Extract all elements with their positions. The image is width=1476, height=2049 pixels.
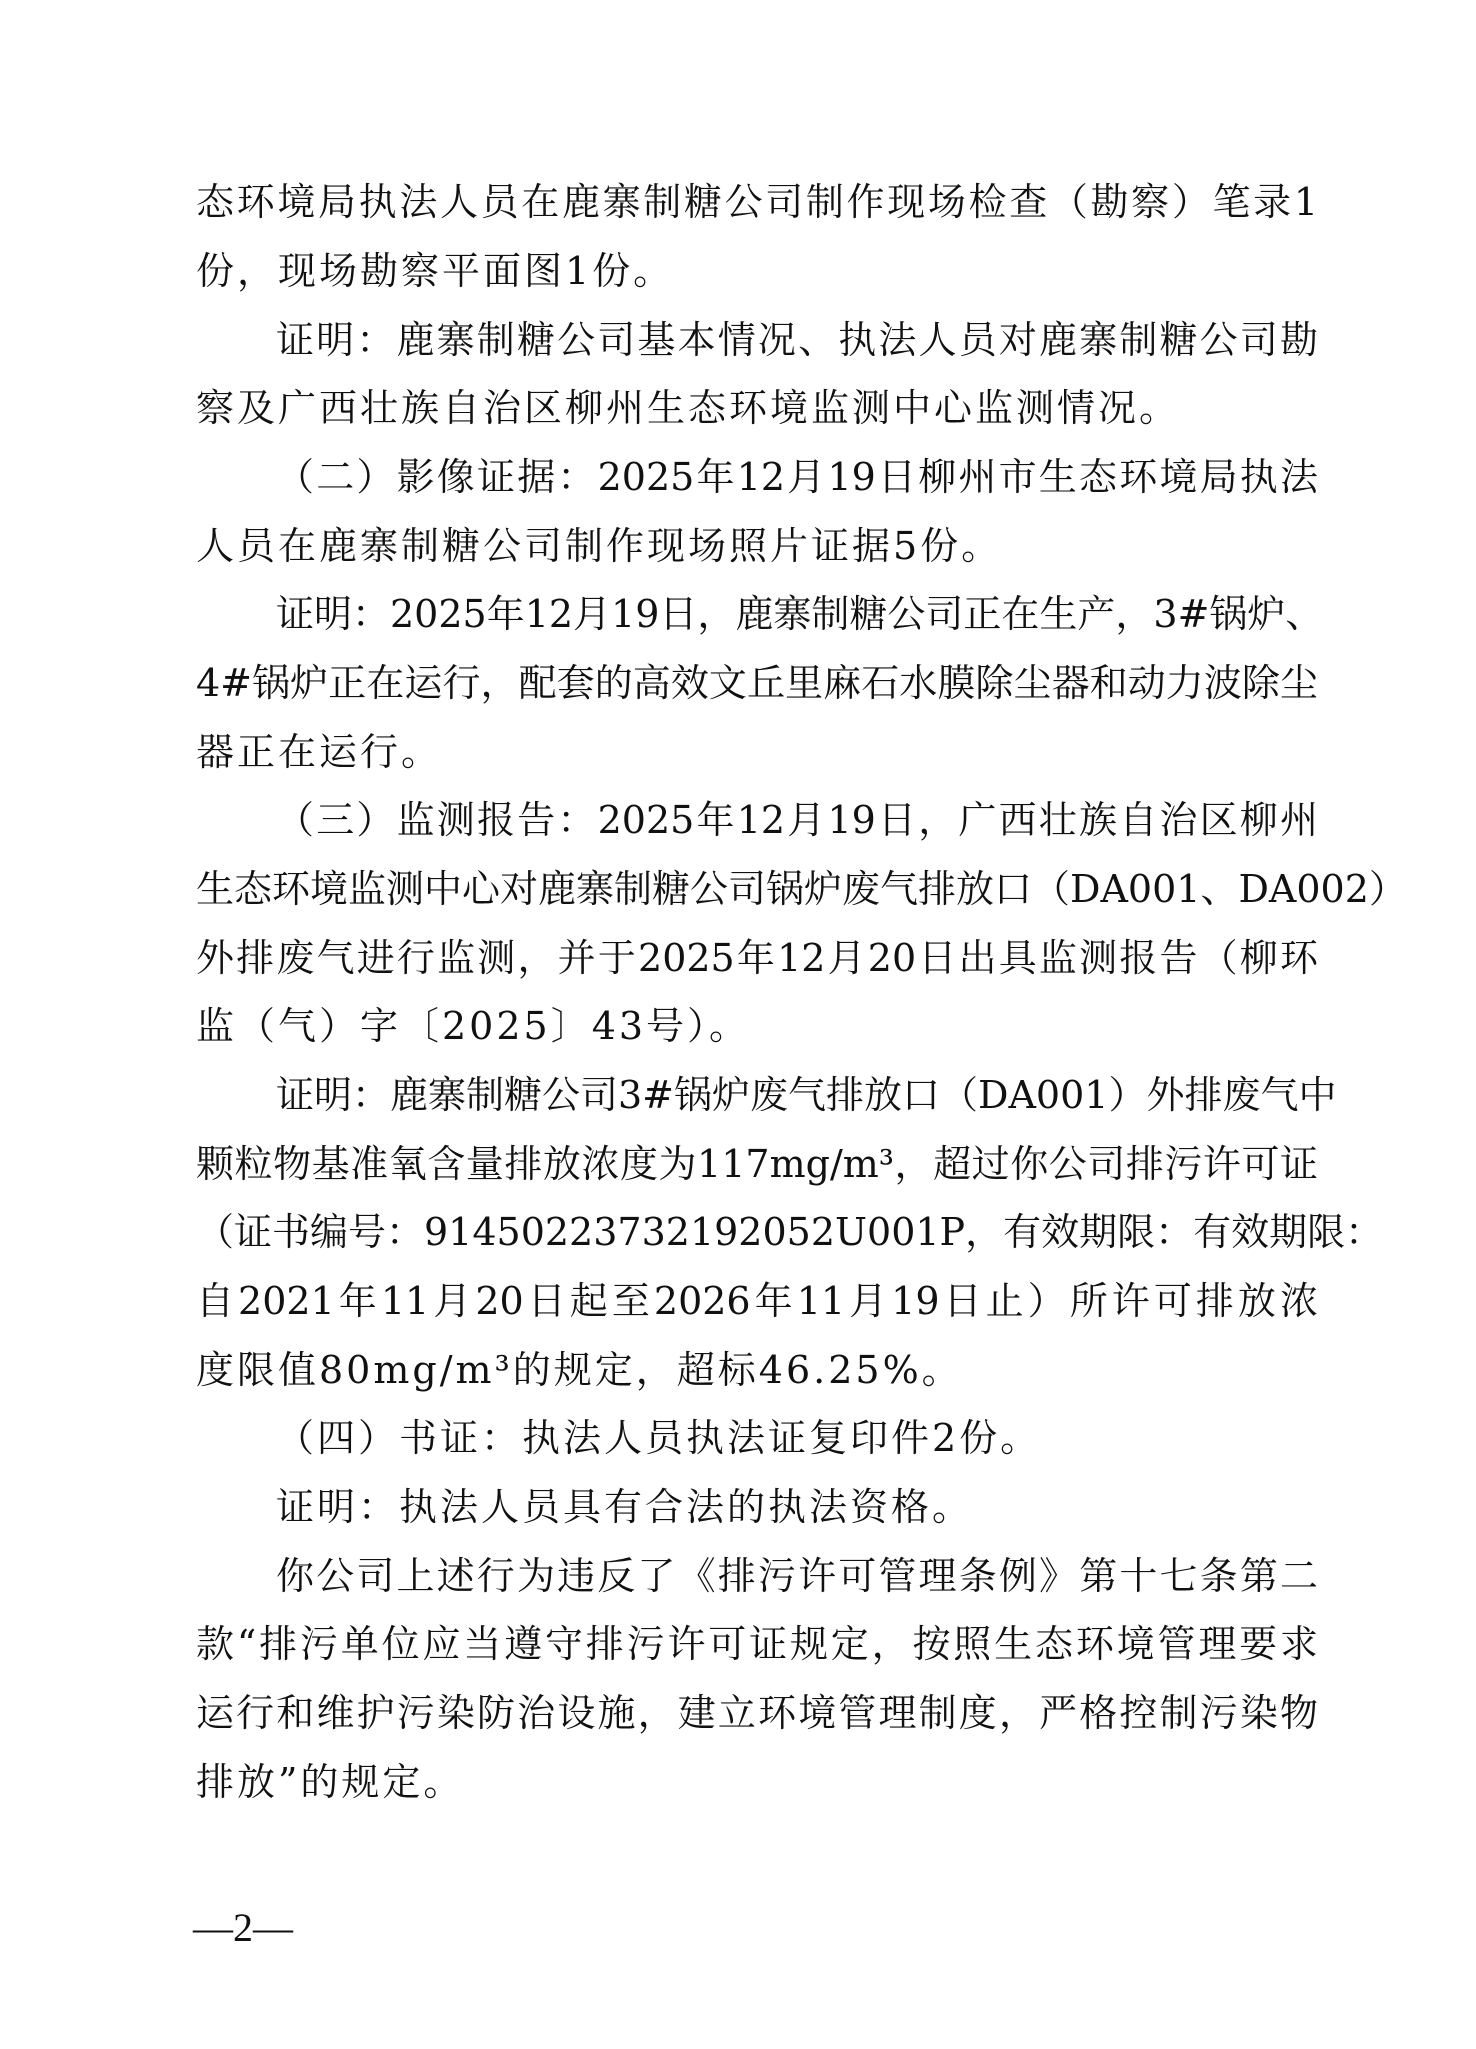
text-line: 察及广西壮族自治区柳州生态环境监测中心监测情况。 (196, 383, 1318, 433)
text-line: 生态环境监测中心对鹿寨制糖公司锅炉废气排放口（DA001、DA002） (196, 864, 1342, 914)
text-line: 款“排污单位应当遵守排污许可证规定，按照生态环境管理要求 (196, 1619, 1318, 1669)
paragraph-first-line: 证明：鹿寨制糖公司3#锅炉废气排放口（DA001）外排废气中 (276, 1070, 1318, 1120)
text-line: 颗粒物基准氧含量排放浓度为117mg/m³，超过你公司排污许可证 (196, 1139, 1318, 1189)
text-line: 监（气）字〔2025〕43号）。 (196, 1001, 1318, 1051)
paragraph-first-line: 证明：鹿寨制糖公司基本情况、执法人员对鹿寨制糖公司勘 (276, 315, 1318, 365)
text-line: 人员在鹿寨制糖公司制作现场照片证据5份。 (196, 521, 1318, 571)
section-heading-line: （三）监测报告：2025年12月19日，广西壮族自治区柳州 (276, 795, 1318, 845)
text-line: 外排废气进行监测，并于2025年12月20日出具监测报告（柳环 (196, 933, 1318, 983)
section-heading-line: （四）书证：执法人员执法证复印件2份。 (276, 1413, 1318, 1463)
text-line: 4#锅炉正在运行，配套的高效文丘里麻石水膜除尘器和动力波除尘 (196, 658, 1318, 708)
paragraph-first-line: 你公司上述行为违反了《排污许可管理条例》第十七条第二 (276, 1551, 1318, 1601)
text-line: 排放”的规定。 (196, 1757, 1318, 1807)
text-line: （证书编号：91450223732192052U001P，有效期限：有效期限： (196, 1207, 1318, 1257)
section-heading-line: （二）影像证据：2025年12月19日柳州市生态环境局执法 (276, 452, 1318, 502)
paragraph-first-line: 证明：2025年12月19日，鹿寨制糖公司正在生产，3#锅炉、 (276, 589, 1318, 639)
text-line: 份，现场勘察平面图1份。 (196, 246, 1318, 296)
text-line: 器正在运行。 (196, 727, 1318, 777)
text-line: 自2021年11月20日起至2026年11月19日止）所许可排放浓 (196, 1276, 1318, 1326)
text-line: 度限值80mg/m³的规定，超标46.25%。 (196, 1345, 1318, 1395)
document-page: 态环境局执法人员在鹿寨制糖公司制作现场检查（勘察）笔录1 份，现场勘察平面图1份… (0, 0, 1476, 2049)
paragraph-first-line: 证明：执法人员具有合法的执法资格。 (276, 1482, 1318, 1532)
text-line: 运行和维护污染防治设施，建立环境管理制度，严格控制污染物 (196, 1688, 1318, 1738)
text-line: 态环境局执法人员在鹿寨制糖公司制作现场检查（勘察）笔录1 (196, 177, 1318, 227)
page-number: —2— (193, 1903, 293, 1953)
